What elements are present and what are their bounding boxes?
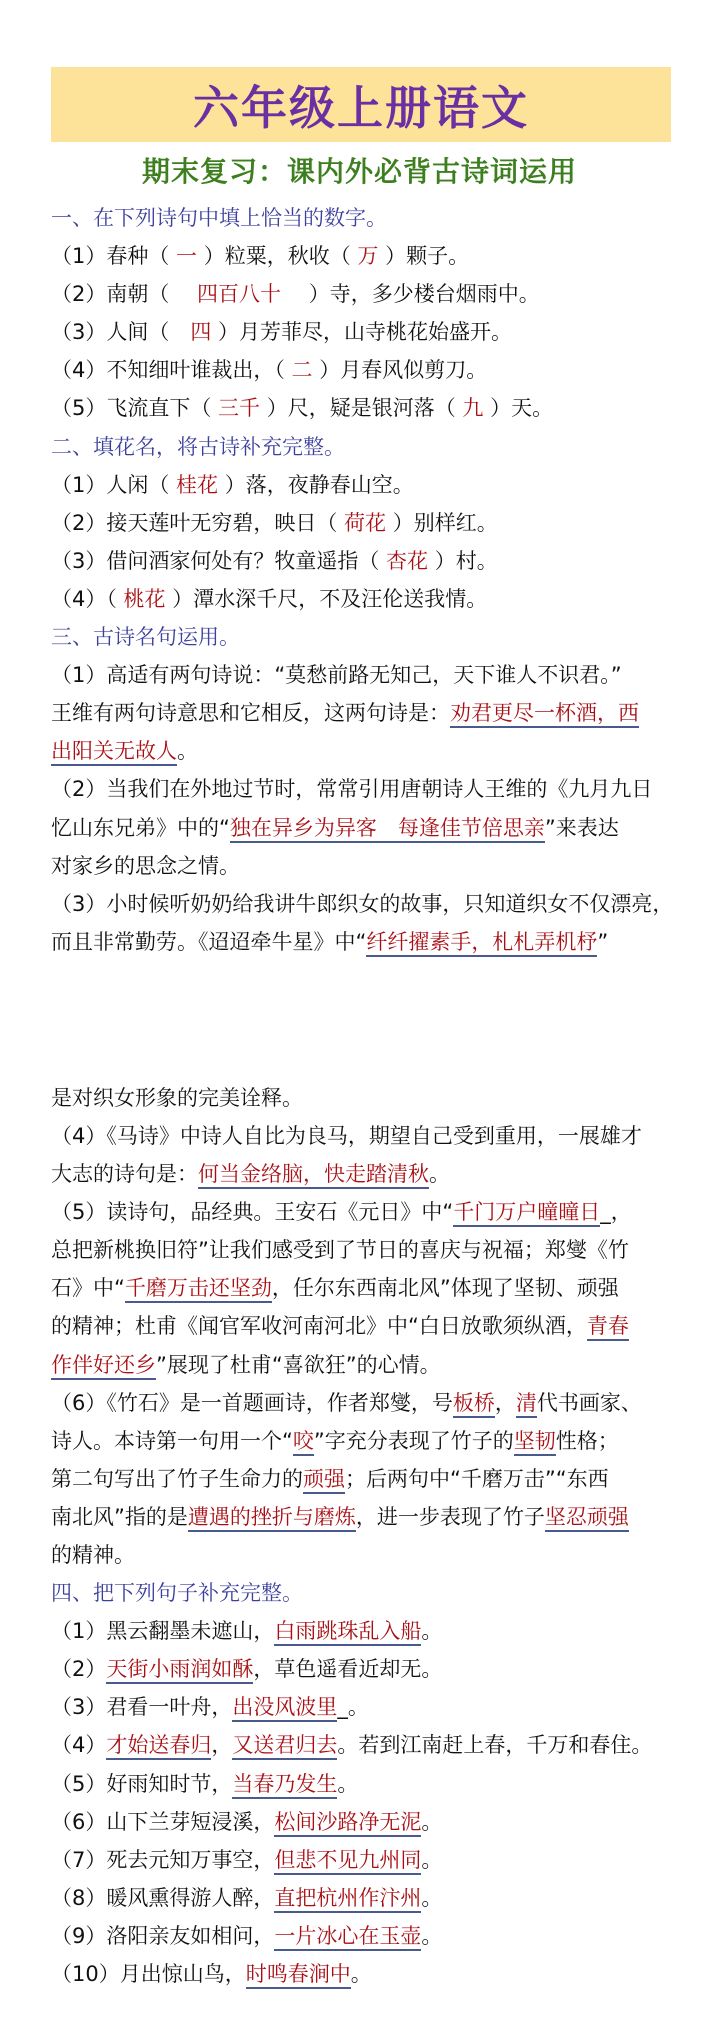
- section-heading: 一、在下列诗句中填上恰当的数字。: [51, 199, 671, 237]
- question-text: 。: [421, 1924, 442, 1948]
- text-line: （6）山下兰芽短浸溪，松间沙路净无泥。: [51, 1803, 671, 1841]
- text-line: 出阳关无故人。: [51, 732, 671, 770]
- answer-underlined: 千门万户曈曈日: [453, 1199, 600, 1227]
- question-text: 性格；: [556, 1429, 619, 1453]
- question-text: 的精神；杜甫《闻官军收河南河北》中“白日放歌须纵酒，: [51, 1314, 587, 1338]
- text-line: （4）才始送春归，又送君归去。若到江南赶上春，千万和春住。: [51, 1726, 671, 1764]
- answer-fill: 桃花: [124, 587, 166, 611]
- question-text: 而且非常勤劳。《迢迢牵牛星》中“: [51, 930, 366, 954]
- answer-underlined: 但悲不见九州同: [274, 1847, 421, 1875]
- question-text: ）月芳菲尽，山寺桃花始盛开。: [211, 320, 512, 344]
- text-line: （4）（ 桃花 ）潭水深千尺，不及汪伦送我情。: [51, 580, 671, 618]
- question-text: （2）当我们在外地过节时，常常引用唐朝诗人王维的《九月九日: [51, 777, 652, 801]
- question-text: （2）: [51, 1657, 106, 1681]
- answer-fill: 二: [292, 358, 313, 382]
- question-text: ”字充分表现了竹子的: [314, 1429, 514, 1453]
- text-line: 的精神；杜甫《闻官军收河南河北》中“白日放歌须纵酒，青春: [51, 1307, 671, 1345]
- question-text: 。: [337, 1772, 358, 1796]
- question-text: ）寺，多少楼台烟雨中。: [281, 282, 540, 306]
- question-text: 。若到江南赶上春，千万和春住。: [337, 1733, 652, 1757]
- question-text: 忆山东兄弟》中的“: [51, 816, 230, 840]
- answer-fill: 四百八十: [197, 282, 281, 306]
- section-heading: 四、把下列句子补充完整。: [51, 1574, 671, 1612]
- question-text: ）潭水深千尺，不及汪伦送我情。: [166, 587, 488, 611]
- question-text: （6）《竹石》是一首题画诗，作者郑燮，号: [51, 1391, 453, 1415]
- text-line: （1）人闲（ 桂花 ）落，夜静春山空。: [51, 466, 671, 504]
- question-text: （3）借问酒家何处有？牧童遥指（: [51, 549, 386, 573]
- question-text: 。: [177, 739, 198, 763]
- question-text: ）落，夜静春山空。: [218, 473, 414, 497]
- section-heading: 二、填花名，将古诗补充完整。: [51, 428, 671, 466]
- answer-fill: 杏花: [386, 549, 428, 573]
- text-line: 南北风”指的是遭遇的挫折与磨炼，进一步表现了竹子坚忍顽强: [51, 1498, 671, 1536]
- answer-underlined: 直把杭州作汴州: [274, 1885, 421, 1913]
- question-text: （3）君看一叶舟，: [51, 1695, 232, 1719]
- text-line: （3）人间（ 四 ）月芳菲尽，山寺桃花始盛开。: [51, 313, 671, 351]
- question-text: 。: [421, 1848, 442, 1872]
- text-line: 总把新桃换旧符”让我们感受到了节日的喜庆与祝福；郑燮《竹: [51, 1231, 671, 1269]
- question-text: （5）飞流直下（: [51, 396, 218, 420]
- question-text: 。: [421, 1886, 442, 1910]
- text-line: 大志的诗句是：何当金络脑，快走踏清秋。: [51, 1155, 671, 1193]
- question-text: 王维有两句诗意思和它相反，这两句诗是：: [51, 701, 450, 725]
- text-line: 的精神。: [51, 1536, 671, 1574]
- answer-underlined: 作伴好还乡: [51, 1352, 156, 1380]
- text-line: （3）君看一叶舟，出没风波里_。: [51, 1688, 671, 1726]
- answer-underlined: 顽强: [303, 1466, 345, 1494]
- answer-underlined: 咬: [293, 1428, 314, 1456]
- question-text: 石》中“: [51, 1276, 125, 1300]
- text-line: （3）借问酒家何处有？牧童遥指（ 杏花 ）村。: [51, 542, 671, 580]
- text-line: （8）暖风熏得游人醉，直把杭州作汴州。: [51, 1879, 671, 1917]
- answer-underlined: 出阳关无故人: [51, 738, 177, 766]
- answer-underlined: 松间沙路净无泥: [274, 1809, 421, 1837]
- question-text: （9）洛阳亲友如相问，: [51, 1924, 274, 1948]
- text-line: （2）当我们在外地过节时，常常引用唐朝诗人王维的《九月九日: [51, 770, 671, 808]
- question-text: （5）好雨知时节，: [51, 1772, 232, 1796]
- text-line: （5）飞流直下（ 三千 ）尺，疑是银河落（ 九 ）天。: [51, 389, 671, 427]
- text-line: （5）读诗句，品经典。王安石《元日》中“千门万户曈曈日_，: [51, 1193, 671, 1231]
- text-line: 石》中“千磨万击还坚劲，任尔东西南北风”体现了坚韧、顽强: [51, 1269, 671, 1307]
- question-text: 。: [351, 1962, 372, 1986]
- text-line: 作伴好还乡”展现了杜甫“喜欲狂”的心情。: [51, 1346, 671, 1384]
- question-text: 代书画家、: [537, 1391, 642, 1415]
- text-line: （3）小时候听奶奶给我讲牛郎织女的故事，只知道织女不仅漂亮，: [51, 885, 671, 923]
- answer-underlined: 时鸣春涧中: [246, 1961, 351, 1989]
- question-text: ”: [597, 930, 608, 954]
- question-text: （8）暖风熏得游人醉，: [51, 1886, 274, 1910]
- question-text: ”来表达: [545, 816, 619, 840]
- question-text: 。: [421, 1619, 442, 1643]
- question-text: （5）读诗句，品经典。王安石《元日》中“: [51, 1200, 453, 1224]
- question-text: （2）接天莲叶无穷碧，映日（: [51, 511, 344, 535]
- question-text: ）天。: [483, 396, 553, 420]
- answer-underlined: 坚韧: [514, 1428, 556, 1456]
- question-text: 诗人。本诗第一句用一个“: [51, 1429, 293, 1453]
- text-line: （2）天街小雨润如酥，草色遥看近却无。: [51, 1650, 671, 1688]
- answer-fill: 九: [462, 396, 483, 420]
- answer-underlined: 独在异乡为异客 每逢佳节倍思亲: [230, 815, 545, 843]
- answer-underlined: 坚忍顽强: [545, 1504, 629, 1532]
- question-text: ）尺，疑是银河落（: [260, 396, 462, 420]
- text-line: （1）高适有两句诗说：“莫愁前路无知己，天下谁人不识君。”: [51, 656, 671, 694]
- question-text: （1）黑云翻墨未遮山，: [51, 1619, 274, 1643]
- answer-fill: 三千: [218, 396, 260, 420]
- text-line: （6）《竹石》是一首题画诗，作者郑燮，号板桥，清代书画家、: [51, 1384, 671, 1422]
- page-title: 六年级上册语文: [193, 72, 529, 138]
- question-text: （7）死去元知万事空，: [51, 1848, 274, 1872]
- answer-underlined: 劝君更尽一杯酒，西: [450, 700, 639, 728]
- question-text: （4）不知细叶谁裁出，（: [51, 358, 292, 382]
- text-line: （4）不知细叶谁裁出，（ 二 ）月春风似剪刀。: [51, 351, 671, 389]
- question-text: ）村。: [428, 549, 498, 573]
- question-text: ）别样红。: [386, 511, 498, 535]
- text-line: 是对织女形象的完美诠释。: [51, 1079, 671, 1117]
- answer-fill: 桂花: [176, 473, 218, 497]
- question-text: ）粒粟，秋收（: [197, 244, 357, 268]
- answer-underlined: 遭遇的挫折与磨炼: [188, 1504, 356, 1532]
- text-line: （4）《马诗》中诗人自比为良马，期望自己受到重用，一展雄才: [51, 1117, 671, 1155]
- question-text: ，: [211, 1733, 232, 1757]
- answer-underlined: 当春乃发生: [232, 1771, 337, 1799]
- question-text: ，进一步表现了竹子: [356, 1505, 545, 1529]
- question-text: ）月春风似剪刀。: [313, 358, 488, 382]
- question-text: 。: [421, 1810, 442, 1834]
- question-text: 是对织女形象的完美诠释。: [51, 1086, 303, 1110]
- question-text: _。: [337, 1695, 369, 1719]
- worksheet-body: 一、在下列诗句中填上恰当的数字。 （1）春种（ 一 ）粒粟，秋收（ 万 ）颗子。…: [51, 199, 671, 1993]
- question-text: ）颗子。: [378, 244, 469, 268]
- question-text: ”展现了杜甫“喜欲狂”的心情。: [156, 1353, 441, 1377]
- answer-fill: 荷花: [344, 511, 386, 535]
- answer-underlined: 千磨万击还坚劲: [125, 1275, 272, 1303]
- question-text: （1）高适有两句诗说：“莫愁前路无知己，天下谁人不识君。”: [51, 663, 622, 687]
- text-line: （7）死去元知万事空，但悲不见九州同。: [51, 1841, 671, 1879]
- text-line: （2）南朝（ 四百八十 ）寺，多少楼台烟雨中。: [51, 275, 671, 313]
- question-text: 大志的诗句是：: [51, 1162, 198, 1186]
- text-line: 对家乡的思念之情。: [51, 847, 671, 885]
- question-text: （4）《马诗》中诗人自比为良马，期望自己受到重用，一展雄才: [51, 1124, 642, 1148]
- answer-underlined: 白雨跳珠乱入船: [274, 1618, 421, 1646]
- answer-underlined: 清: [516, 1390, 537, 1418]
- answer-fill: 万: [357, 244, 378, 268]
- answer-underlined: 出没风波里: [232, 1694, 337, 1722]
- section-heading: 三、古诗名句运用。: [51, 618, 671, 656]
- question-text: ，草色遥看近却无。: [253, 1657, 442, 1681]
- text-line: 王维有两句诗意思和它相反，这两句诗是：劝君更尽一杯酒，西: [51, 694, 671, 732]
- page-subtitle: 期末复习：课内外必背古诗词运用: [0, 152, 719, 192]
- answer-underlined: 板桥: [453, 1390, 495, 1418]
- text-line: （9）洛阳亲友如相问，一片冰心在玉壶。: [51, 1917, 671, 1955]
- answer-underlined: 天街小雨润如酥: [106, 1656, 253, 1684]
- text-line: （10）月出惊山鸟，时鸣春涧中。: [51, 1955, 671, 1993]
- text-line: （2）接天莲叶无穷碧，映日（ 荷花 ）别样红。: [51, 504, 671, 542]
- question-text: （3）人间（: [51, 320, 190, 344]
- question-text: ，任尔东西南北风”体现了坚韧、顽强: [272, 1276, 619, 1300]
- question-text: 南北风”指的是: [51, 1505, 188, 1529]
- question-text: （3）小时候听奶奶给我讲牛郎织女的故事，只知道织女不仅漂亮，: [51, 892, 673, 916]
- title-banner: 六年级上册语文: [51, 67, 671, 142]
- answer-underlined: 又送君归去: [232, 1732, 337, 1760]
- answer-underlined: 何当金络脑，快走踏清秋: [198, 1161, 429, 1189]
- question-text: （2）南朝（: [51, 282, 197, 306]
- answer-underlined: 青春: [587, 1313, 629, 1341]
- text-line: 第二句写出了竹子生命力的顽强；后两句中“千磨万击”“东西: [51, 1460, 671, 1498]
- text-line: （5）好雨知时节，当春乃发生。: [51, 1765, 671, 1803]
- question-text: （1）春种（: [51, 244, 176, 268]
- question-text: 第二句写出了竹子生命力的: [51, 1467, 303, 1491]
- text-line: 诗人。本诗第一句用一个“咬”字充分表现了竹子的坚韧性格；: [51, 1422, 671, 1460]
- text-line: （1）黑云翻墨未遮山，白雨跳珠乱入船。: [51, 1612, 671, 1650]
- question-text: _，: [600, 1200, 632, 1224]
- answer-underlined: 一片冰心在玉壶: [274, 1923, 421, 1951]
- question-text: 对家乡的思念之情。: [51, 854, 240, 878]
- question-text: 的精神。: [51, 1543, 135, 1567]
- text-line: 忆山东兄弟》中的“独在异乡为异客 每逢佳节倍思亲”来表达: [51, 809, 671, 847]
- question-text: （4）（: [51, 587, 124, 611]
- text-line: （1）春种（ 一 ）粒粟，秋收（ 万 ）颗子。: [51, 237, 671, 275]
- question-text: （4）: [51, 1733, 106, 1757]
- answer-fill: 一: [176, 244, 197, 268]
- question-text: （1）人闲（: [51, 473, 176, 497]
- question-text: （6）山下兰芽短浸溪，: [51, 1810, 274, 1834]
- question-text: ；后两句中“千磨万击”“东西: [345, 1467, 609, 1491]
- question-text: （10）月出惊山鸟，: [51, 1962, 246, 1986]
- question-text: ，: [495, 1391, 516, 1415]
- text-line: 而且非常勤劳。《迢迢牵牛星》中“纤纤擢素手，札札弄机杼”: [51, 923, 671, 961]
- answer-underlined: 才始送春归: [106, 1732, 211, 1760]
- question-text: 总把新桃换旧符”让我们感受到了节日的喜庆与祝福；郑燮《竹: [51, 1238, 629, 1262]
- answer-underlined: 纤纤擢素手，札札弄机杼: [366, 929, 597, 957]
- blank-gap: [51, 961, 671, 1079]
- question-text: 。: [429, 1162, 450, 1186]
- answer-fill: 四: [190, 320, 211, 344]
